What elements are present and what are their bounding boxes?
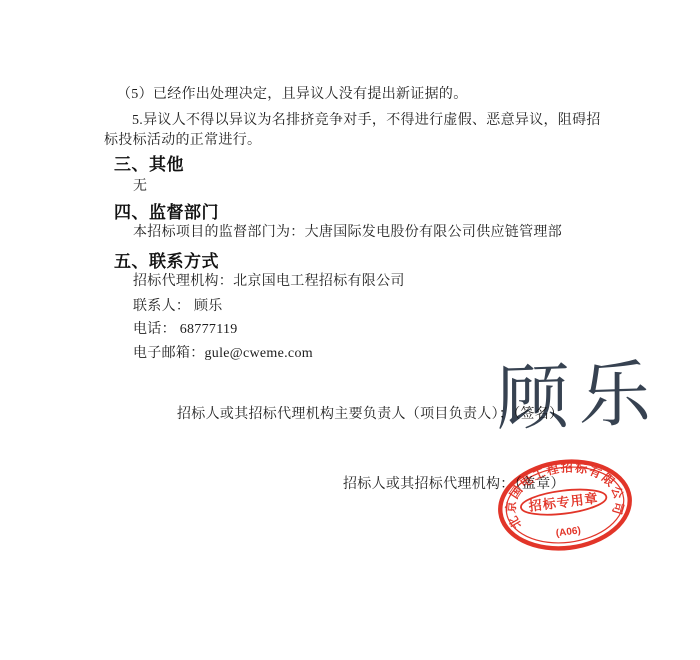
document-page: （5）已经作出处理决定，且异议人没有提出新证据的。 5.异议人不得以异议为名排挤… — [0, 0, 700, 660]
contact-agency: 招标代理机构：北京国电工程招标有限公司 — [133, 273, 405, 292]
stamp-code-text: (A06) — [555, 525, 581, 539]
section-heading-other: 三、其他 — [114, 150, 184, 175]
stamp-company-arc-text: 北京国电工程招标有限公司 — [497, 452, 628, 531]
company-seal-stamp: 北京国电工程招标有限公司 招标专用章 (A06) — [490, 451, 640, 563]
handwritten-signature: 顾乐 — [497, 335, 661, 445]
clause-5-text: （5）已经作出处理决定，且异议人没有提出新证据的。 — [117, 86, 468, 105]
stamp-center-text: 招标专用章 — [528, 490, 599, 513]
item-5-paragraph: 5.异议人不得以异议为名排挤竞争对手，不得进行虚假、恶意异议，阻碍招标投标活动的… — [104, 111, 601, 150]
contact-email: 电子邮箱：gule@cweme.com — [133, 345, 313, 364]
contact-phone: 电话： 68777119 — [133, 321, 238, 340]
section-other-body: 无 — [133, 178, 147, 197]
svg-text:北京国电工程招标有限公司: 北京国电工程招标有限公司 — [497, 452, 628, 531]
section-supervision-body: 本招标项目的监督部门为：大唐国际发电股份有限公司供应链管理部 — [133, 224, 562, 243]
section-heading-contact: 五、联系方式 — [114, 247, 219, 272]
section-heading-supervision: 四、监督部门 — [114, 198, 219, 223]
contact-person: 联系人： 顾乐 — [133, 298, 223, 317]
